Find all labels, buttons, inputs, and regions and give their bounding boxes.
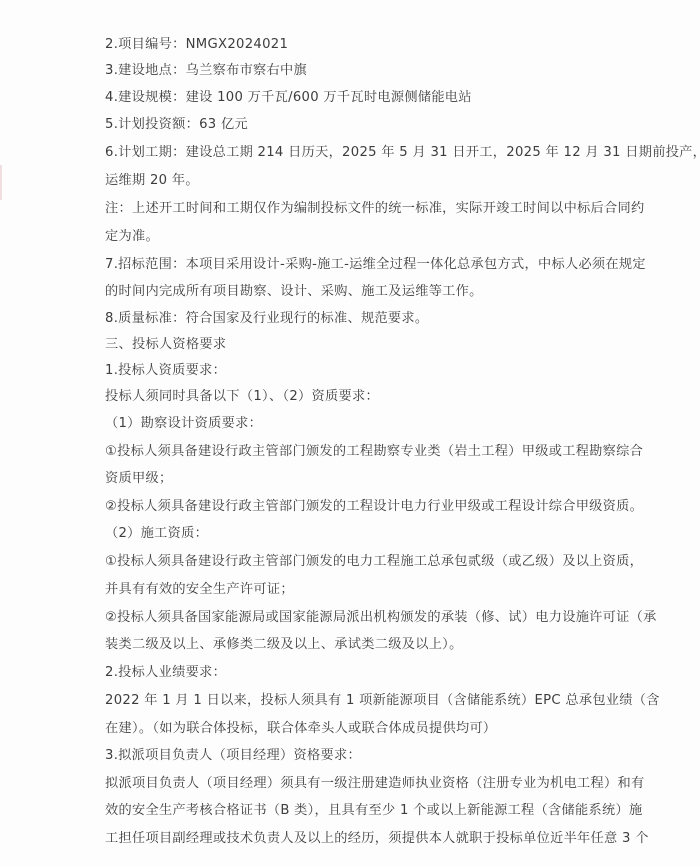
document-line-l14: 投标人须同时具备以下（1）、（2）资质要求： <box>105 388 379 406</box>
document-line-l22: ②投标人须具备国家能源局或国家能源局派出机构颁发的承装（修、试）电力设施许可证（… <box>105 609 657 627</box>
document-line-l08: 定为准。 <box>105 228 159 246</box>
document-line-l27: 3.拟派项目负责人（项目经理）资格要求： <box>105 747 361 765</box>
document-line-l09: 7.招标范围：本项目采用设计-采购-施工-运维全过程一体化总承包方式，中标人必须… <box>105 256 646 274</box>
document-line-l15: （1）勘察设计资质要求： <box>105 415 262 433</box>
document-line-l17: 资质甲级； <box>105 470 172 488</box>
document-line-l07: 注：上述开工时间和工期仅作为编制投标文件的统一标准，实际开竣工时间以中标后合同约 <box>105 200 645 218</box>
document-line-l05: 6.计划工期：建设总工期 214 日历天，2025 年 5 月 31 日开工，2… <box>105 144 700 162</box>
binding-edge-mark <box>0 165 2 200</box>
document-line-l20: ①投标人须具备建设行政主管部门颁发的电力工程施工总承包贰级（或乙级）及以上资质， <box>105 553 643 571</box>
document-line-l24: 2.投标人业绩要求： <box>105 664 226 682</box>
scanned-document-page: 2.项目编号：NMGX20240213.建设地点：乌兰察布市察右中旗4.建设规模… <box>0 0 700 866</box>
document-line-l29: 效的安全生产考核合格证书（B 类），且具有至少 1 个或以上新能源工程（含储能系… <box>105 802 642 820</box>
document-line-l25: 2022 年 1 月 1 日以来，投标人须具有 1 项新能源项目（含储能系统）E… <box>105 692 660 710</box>
document-line-l30: 工担任项目副经理或技术负责人及以上的经历，须提供本人就职于投标单位近半年任意 3… <box>105 830 649 848</box>
document-line-l12: 三、投标人资格要求 <box>105 336 226 354</box>
document-line-l18: ②投标人须具备建设行政主管部门颁发的工程设计电力行业甲级或工程设计综合甲级资质。 <box>105 498 643 516</box>
document-line-l23: 装类二级及以上、承修类二级及以上、承试类二级及以上）。 <box>105 636 463 654</box>
document-line-l16: ①投标人须具备建设行政主管部门颁发的工程勘察专业类（岩土工程）甲级或工程勘察综合 <box>105 443 643 461</box>
document-line-l04: 5.计划投资额：63 亿元 <box>105 116 248 134</box>
document-line-l19: （2）施工资质： <box>105 525 208 543</box>
document-line-l26: 在建）。（如为联合体投标，联合体牵头人或联合体成员提供均可） <box>105 720 496 738</box>
document-line-l10: 的时间内完成所有项目勘察、设计、采购、施工及运维等工作。 <box>105 283 483 301</box>
document-line-l02: 3.建设地点：乌兰察布市察右中旗 <box>105 62 307 80</box>
document-line-l11: 8.质量标准：符合国家及行业现行的标准、规范要求。 <box>105 310 428 328</box>
document-line-l06: 运维期 20 年。 <box>105 172 199 190</box>
document-line-l03: 4.建设规模：建设 100 万千瓦/600 万千瓦时电源侧储能电站 <box>105 89 472 107</box>
document-line-l13: 1.投标人资质要求： <box>105 362 226 380</box>
document-line-l28: 拟派项目负责人（项目经理）须具有一级注册建造师执业资格（注册专业为机电工程）和有 <box>105 775 645 793</box>
document-line-l21: 并具有有效的安全生产许可证； <box>105 581 294 599</box>
document-line-l01: 2.项目编号：NMGX2024021 <box>105 36 288 54</box>
